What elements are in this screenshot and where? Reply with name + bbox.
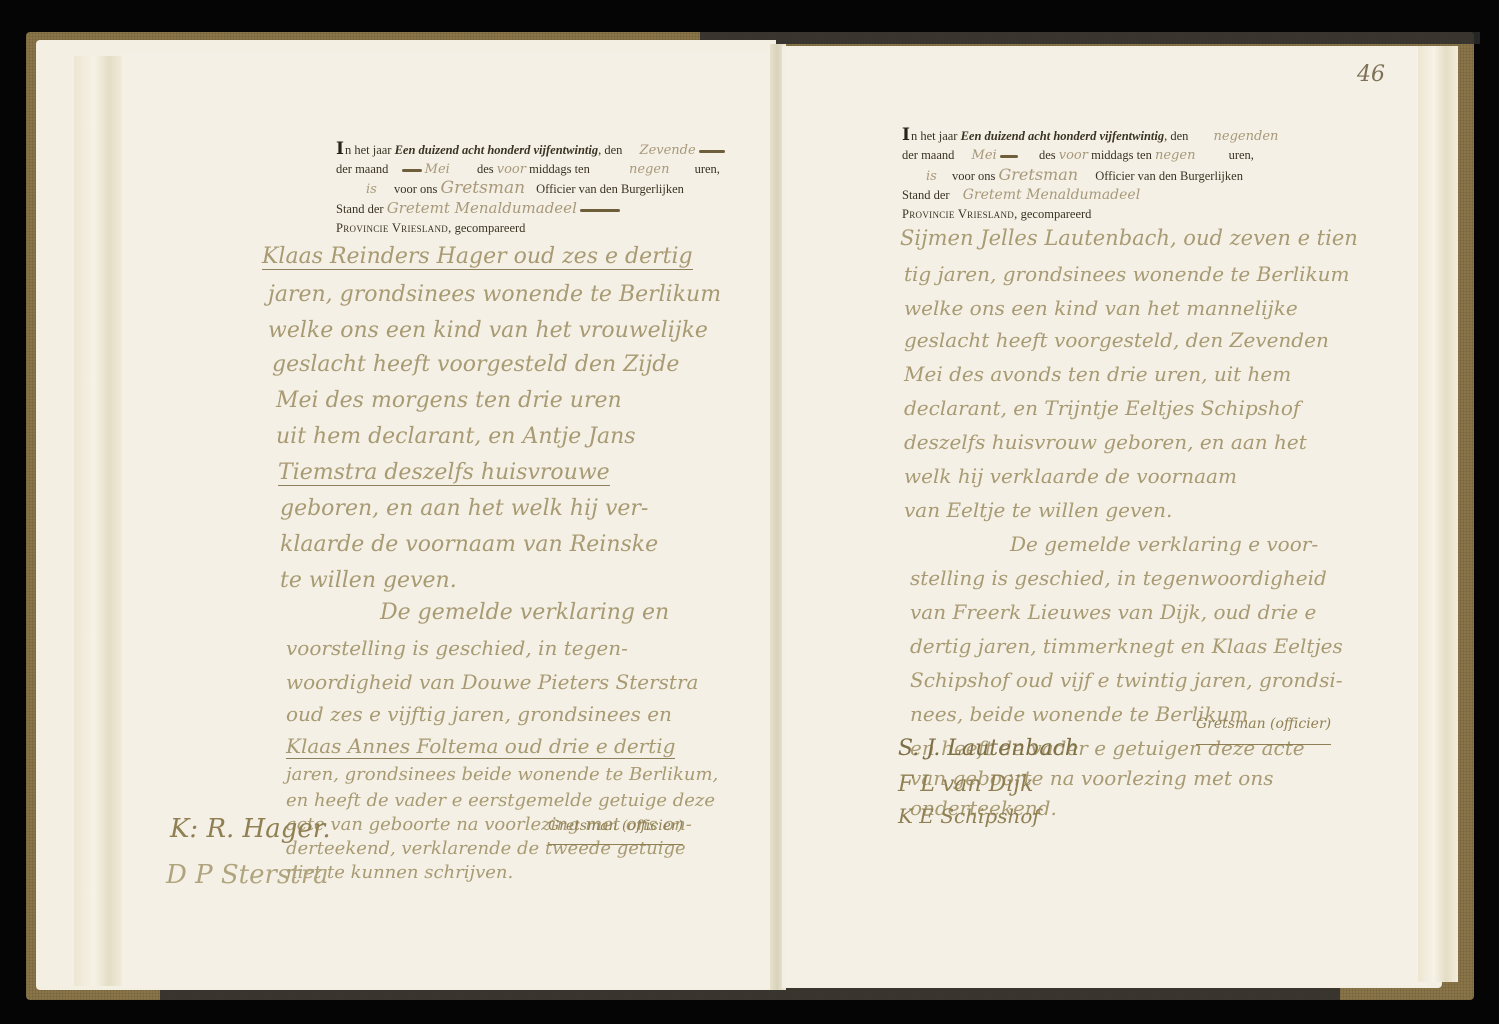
handwritten-line: en heeft de vader e eerstgemelde getuige… <box>286 790 715 811</box>
handwritten-line: De gemelde verklaring en <box>380 600 669 625</box>
handwritten-line: Schipshof oud vijf e twintig jaren, gron… <box>910 668 1343 692</box>
left-header-line-2: der maand Mei des voor middags ten negen… <box>336 160 776 179</box>
handwritten-line: voorstelling is geschied, in tegen- <box>286 636 628 660</box>
month-fill: Mei <box>972 148 997 163</box>
handwritten-line: uit hem declarant, en Antje Jans <box>276 424 636 449</box>
handwritten-line: welk hij verklaarde de voornaam <box>904 464 1237 488</box>
handwritten-line: klaarde de voornaam van Reinske <box>280 532 658 557</box>
left-header-line-4: Stand der Gretemt Menaldumadeel <box>336 199 776 219</box>
hour-fill: negen <box>1155 148 1195 163</box>
left-printed-header: In het jaar Een duizend acht honderd vij… <box>336 140 776 238</box>
signature-witness-1: F L van Dijk <box>898 772 1033 797</box>
ampm-fill: voor <box>1059 148 1088 163</box>
page-number: 46 <box>1357 62 1385 87</box>
right-printed-header: In het jaar Een duizend acht honderd vij… <box>902 126 1322 224</box>
decorated-initial: I <box>902 125 910 145</box>
right-page-edge-stack <box>1418 46 1458 982</box>
handwritten-line: welke ons een kind van het mannelijke <box>904 296 1298 320</box>
handwritten-line: geslacht heeft voorgesteld den Zijde <box>272 352 679 377</box>
hour-fill: negen <box>629 162 669 177</box>
signature-father: S. J. Lautenbach <box>898 736 1079 761</box>
month-fill: Mei <box>425 162 450 177</box>
handwritten-line: deszelfs huisvrouw geboren, en aan het <box>904 430 1307 454</box>
handwritten-line: tig jaren, grondsinees wonende te Berlik… <box>904 262 1349 286</box>
handwritten-line: oud zes e vijftig jaren, grondsinees en <box>286 702 672 726</box>
officer-name-fill: Gretsman <box>441 178 526 198</box>
right-header-line-5: Provincie Vriesland, gecompareerd <box>902 205 1322 224</box>
handwritten-line: dertig jaren, timmerknegt en Klaas Eeltj… <box>910 634 1343 658</box>
right-header-line-1: In het jaar Een duizend acht honderd vij… <box>902 126 1322 146</box>
handwritten-line: Mei des avonds ten drie uren, uit hem <box>904 362 1291 386</box>
handwritten-line: geboren, en aan het welk hij ver- <box>280 496 648 521</box>
left-page-edge-stack <box>74 56 124 986</box>
handwritten-line: geslacht heeft voorgesteld, den Zevenden <box>904 328 1329 352</box>
signature-witness-2: K E Schipshof <box>898 804 1040 828</box>
day-fill: negenden <box>1214 129 1279 144</box>
handwritten-line: van Freerk Lieuwes van Dijk, oud drie e <box>910 600 1316 624</box>
right-header-line-2: der maand Mei des voor middags ten negen… <box>902 146 1322 165</box>
handwritten-line: De gemelde verklaring e voor- <box>1010 532 1318 556</box>
municipality-fill: Gretemt Menaldumadeel <box>963 187 1141 203</box>
signature-father: K: R. Hager. <box>170 814 331 844</box>
handwritten-line: Klaas Annes Foltema oud drie e dertig <box>286 734 675 759</box>
handwritten-line: Klaas Reinders Hager oud zes e dertig <box>262 244 693 270</box>
left-header-line-3: is voor ons Gretsman Officier van den Bu… <box>336 179 776 199</box>
ampm-fill: voor <box>497 162 526 177</box>
decorated-initial: I <box>336 139 344 159</box>
handwritten-line: woordigheid van Douwe Pieters Sterstra <box>286 670 698 694</box>
ink-dash <box>402 169 422 172</box>
signature-officer: Gretsman (officier) <box>1196 716 1331 745</box>
officer-name-fill: Gretsman <box>999 165 1079 184</box>
signature-officer: Gretsman (officier) <box>548 818 683 845</box>
handwritten-line: jaren, grondsinees wonende te Berlikum <box>268 282 721 307</box>
handwritten-line: te willen geven. <box>280 568 457 593</box>
signature-witness: D P Sterstra <box>166 860 329 890</box>
ink-dash <box>1000 155 1018 158</box>
left-header-line-5: Provincie Vriesland, gecompareerd <box>336 219 776 238</box>
right-header-line-3: is voor ons Gretsman Officier van den Bu… <box>902 165 1322 186</box>
handwritten-line: Mei des morgens ten drie uren <box>276 388 622 413</box>
handwritten-line: Sijmen Jelles Lautenbach, oud zeven e ti… <box>900 226 1358 250</box>
handwritten-line: jaren, grondsinees beide wonende te Berl… <box>286 764 718 785</box>
left-header-line-1: In het jaar Een duizend acht honderd vij… <box>336 140 776 160</box>
municipality-fill: Gretemt Menaldumadeel <box>387 199 577 217</box>
handwritten-line: declarant, en Trijntje Eeltjes Schipshof <box>904 396 1300 420</box>
cover-wear-top <box>700 32 1480 44</box>
handwritten-line: van Eeltje te willen geven. <box>904 498 1172 522</box>
ink-dash <box>580 209 620 212</box>
right-header-line-4: Stand der Gretemt Menaldumadeel <box>902 186 1322 205</box>
handwritten-line: Tiemstra deszelfs huisvrouwe <box>278 460 610 486</box>
ink-dash <box>699 150 725 153</box>
day-fill: Zevende <box>640 143 696 158</box>
handwritten-line: welke ons een kind van het vrouwelijke <box>268 318 708 343</box>
handwritten-line: stelling is geschied, in tegenwoordighei… <box>910 566 1327 590</box>
